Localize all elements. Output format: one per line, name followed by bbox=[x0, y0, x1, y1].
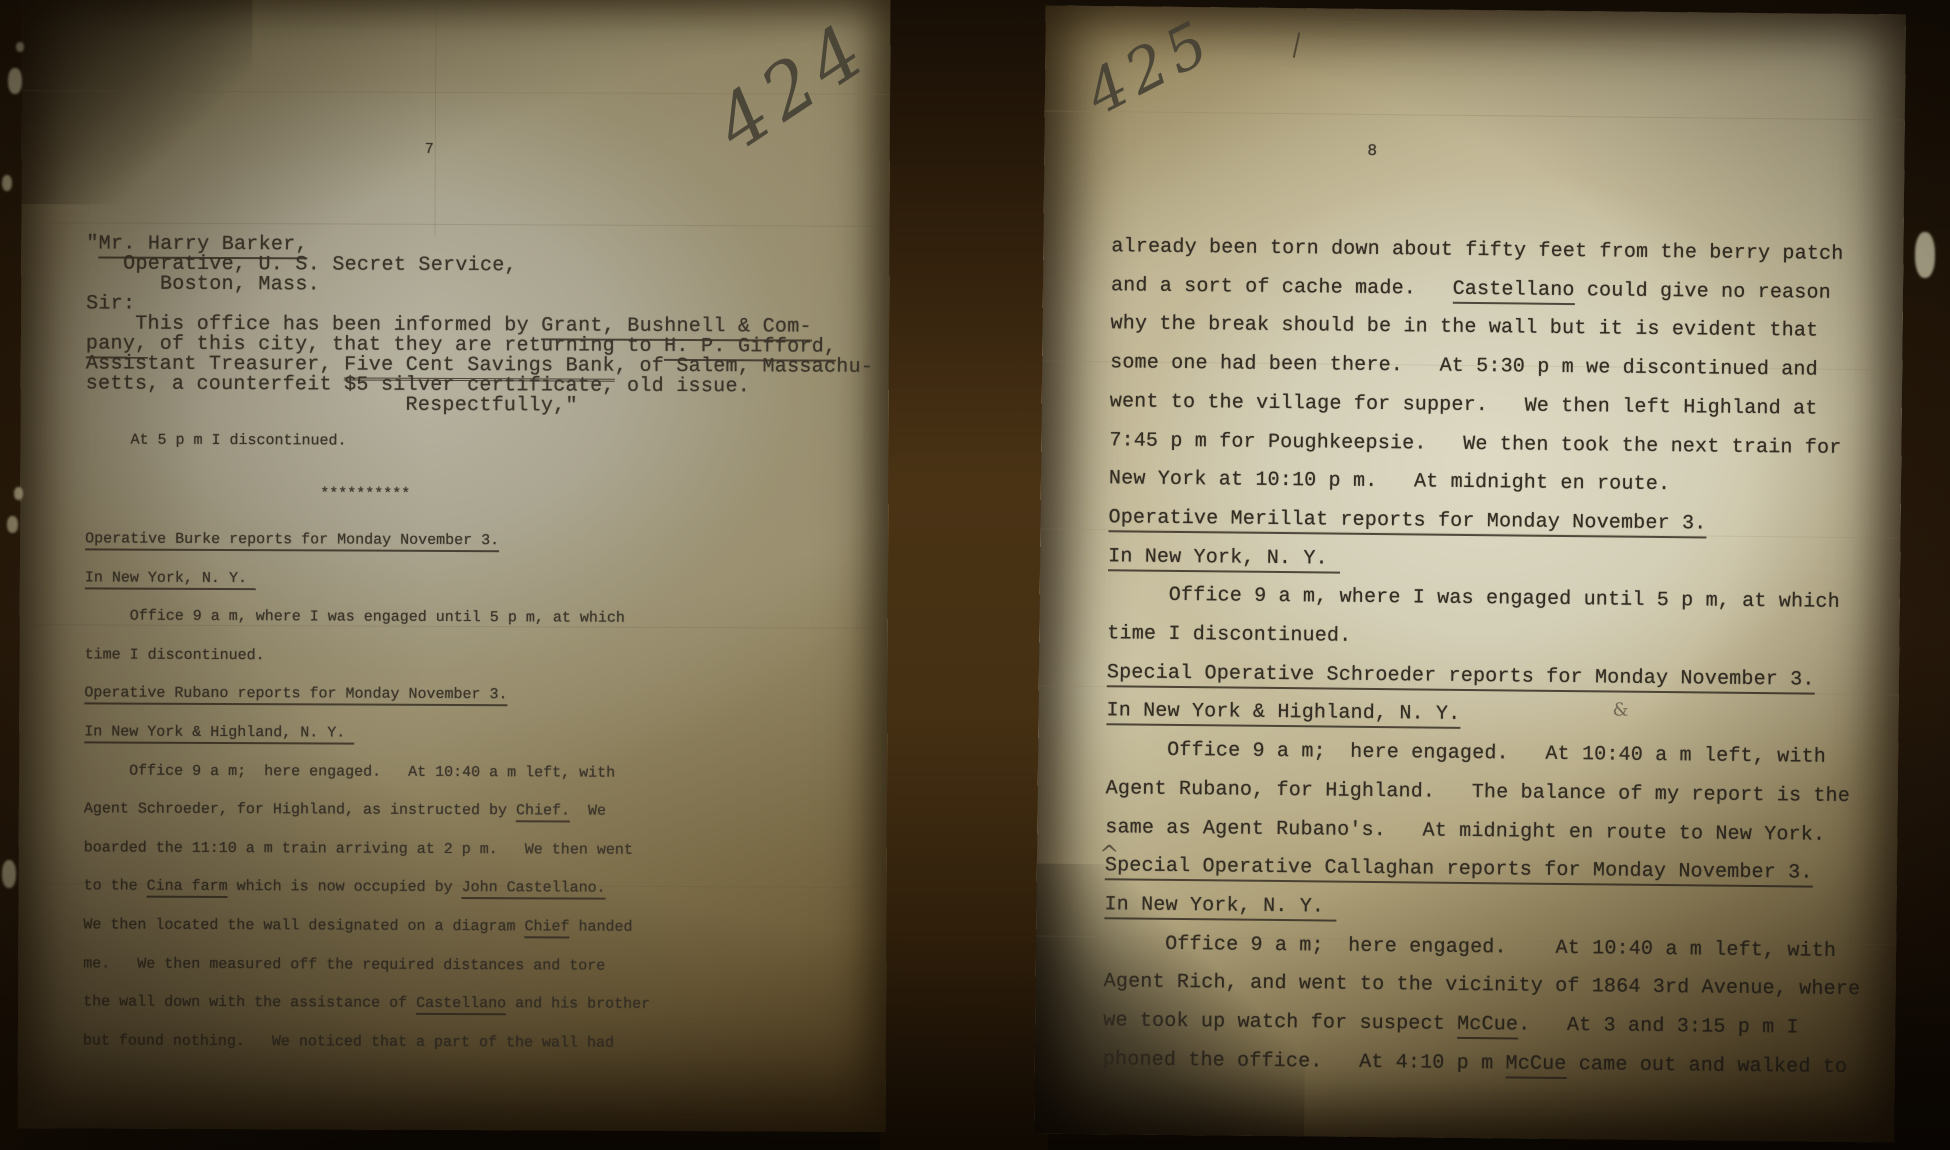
text-run: Office 9 a m, where I was engaged until … bbox=[85, 608, 625, 627]
underlined-text: Operative Rubano reports for Monday Nove… bbox=[84, 685, 507, 707]
text-line: In New York, N. Y. bbox=[85, 559, 652, 600]
crease-line bbox=[21, 222, 889, 227]
text-run: Agent Rubano, for Highland. The balance … bbox=[1106, 777, 1851, 808]
text-run: phoned the office. At 4:10 p m bbox=[1103, 1048, 1506, 1075]
report-text-right: already been torn down about fifty feet … bbox=[1103, 228, 1868, 1087]
text-run: Office 9 a m; here engaged. At 10:40 a m… bbox=[1104, 932, 1836, 963]
typed-page-number: 8 bbox=[1367, 142, 1377, 160]
text-run: which is now occupied by bbox=[228, 878, 462, 896]
handwritten-page-number: 425 bbox=[1075, 6, 1225, 129]
film-speck bbox=[7, 516, 18, 533]
text-run: We then located the wall designated on a… bbox=[83, 916, 524, 935]
letter-excerpt: "Mr. Harry Barker, Operative, U. S. Secr… bbox=[86, 234, 874, 417]
text-run: but found nothing. We noticed that a par… bbox=[83, 1032, 614, 1051]
film-speck bbox=[2, 860, 16, 888]
corner-shadow bbox=[22, 0, 253, 205]
text-run: the wall down with the assistance of bbox=[83, 994, 416, 1012]
text-line: Respectfully," bbox=[86, 394, 873, 417]
text-line: Boston, Mass. bbox=[86, 274, 873, 297]
right-page: 425 8 already been torn down about fifty… bbox=[1034, 6, 1906, 1143]
page-gap bbox=[880, 0, 1048, 1150]
underlined-text: Castellano bbox=[1452, 278, 1574, 305]
underlined-text: In New York, N. Y. bbox=[1104, 893, 1336, 921]
microfilm-background: 424 7 "Mr. Harry Barker, Operative, U. S… bbox=[0, 0, 1950, 1150]
text-run: why the break should be in the wall but … bbox=[1110, 313, 1818, 343]
underlined-text: In New York & Highland, N. Y. bbox=[84, 723, 354, 744]
underlined-text: McCue bbox=[1457, 1013, 1518, 1040]
pen-tick-mark bbox=[1293, 32, 1301, 58]
text-run: We bbox=[570, 803, 606, 820]
underlined-text: In New York, N. Y. bbox=[1108, 545, 1340, 573]
pencil-caret-mark: ^ bbox=[1099, 840, 1119, 868]
typed-page-number: 7 bbox=[425, 141, 434, 158]
underlined-text: Operative Merillat reports for Monday No… bbox=[1108, 506, 1706, 538]
text-line: boarded the 11:10 a m train arriving at … bbox=[84, 829, 651, 870]
underlined-text: In New York & Highland, N. Y. bbox=[1106, 700, 1460, 730]
text-line: Office 9 a m, where I was engaged until … bbox=[85, 598, 652, 639]
text-line: time I discontinued. bbox=[85, 636, 652, 677]
text-run: . At 3 and 3:15 p m I bbox=[1518, 1014, 1799, 1040]
text-line: to the Cina farm which is now occupied b… bbox=[83, 868, 650, 909]
underlined-text: Chief bbox=[524, 918, 569, 938]
text-run: Agent Schroeder, for Highland, as instru… bbox=[84, 801, 516, 820]
film-speck bbox=[16, 42, 24, 52]
asterisk-separator: ********** bbox=[320, 485, 410, 502]
handwritten-page-number: 424 bbox=[700, 5, 885, 168]
text-run: time I discontinued. bbox=[85, 646, 265, 664]
film-speck bbox=[2, 175, 12, 191]
left-page: 424 7 "Mr. Harry Barker, Operative, U. S… bbox=[18, 0, 891, 1132]
film-glare-spot bbox=[1915, 232, 1935, 278]
text-run: came out and walked to bbox=[1566, 1053, 1847, 1079]
underlined-text: Chief. bbox=[516, 802, 570, 822]
text-line: me. We then measured off the required di… bbox=[83, 945, 650, 986]
underlined-text: Special Operative Schroeder reports for … bbox=[1107, 661, 1815, 694]
text-run: same as Agent Rubano's. At midnight en r… bbox=[1105, 816, 1825, 847]
text-line: the wall down with the assistance of Cas… bbox=[83, 984, 650, 1025]
text-run: to the bbox=[84, 878, 147, 895]
text-run: time I discontinued. bbox=[1107, 622, 1351, 648]
film-speck bbox=[8, 68, 22, 94]
text-run: Office 9 a m; here engaged. At 10:40 a m… bbox=[84, 762, 615, 781]
report-text-left: Operative Burke reports for Monday Novem… bbox=[83, 520, 652, 1063]
text-run: and a sort of cache made. bbox=[1111, 274, 1453, 301]
text-line: phoned the office. At 4:10 p m McCue cam… bbox=[1103, 1041, 1860, 1088]
underlined-text: Castellano bbox=[416, 995, 506, 1015]
underlined-text: In New York, N. Y. bbox=[85, 569, 256, 590]
text-run: Office 9 a m; here engaged. At 10:40 a m… bbox=[1106, 738, 1826, 769]
text-line: Office 9 a m; here engaged. At 10:40 a m… bbox=[84, 752, 651, 793]
text-line: but found nothing. We noticed that a par… bbox=[83, 1022, 650, 1063]
crease-line bbox=[1045, 111, 1905, 121]
underlined-text: Cina farm bbox=[147, 878, 228, 898]
film-speck bbox=[14, 487, 23, 500]
text-line: Agent Schroeder, for Highland, as instru… bbox=[84, 791, 651, 832]
text-line: In New York & Highland, N. Y. bbox=[84, 713, 651, 754]
text-run: could give no reason bbox=[1575, 279, 1831, 305]
text-line: Operative Rubano reports for Monday Nove… bbox=[84, 675, 651, 716]
text-run: some one had been there. At 5:30 p m we … bbox=[1110, 351, 1818, 381]
text-run: handed bbox=[569, 918, 632, 935]
text-line: We then located the wall designated on a… bbox=[83, 906, 650, 947]
text-run: me. We then measured off the required di… bbox=[83, 955, 605, 974]
pencil-ampersand-mark: & bbox=[1612, 700, 1628, 721]
underlined-text: Special Operative Callaghan reports for … bbox=[1105, 854, 1813, 887]
underlined-text: John Castellano. bbox=[462, 879, 606, 900]
text-run: At 5 p m I discontinued. bbox=[85, 431, 346, 449]
text-line: Operative Burke reports for Monday Novem… bbox=[85, 520, 652, 561]
text-run: Agent Rich, and went to the vicinity of … bbox=[1104, 971, 1861, 1002]
note-line: At 5 p m I discontinued. bbox=[85, 430, 346, 451]
crease-line bbox=[434, 0, 436, 236]
text-run: already been torn down about fifty feet … bbox=[1111, 235, 1843, 266]
text-run: Office 9 a m, where I was engaged until … bbox=[1108, 584, 1840, 615]
text-run: boarded the 11:10 a m train arriving at … bbox=[84, 839, 633, 858]
text-line: At 5 p m I discontinued. bbox=[85, 430, 346, 451]
text-run: and his brother bbox=[506, 995, 650, 1013]
text-run: we took up watch for suspect bbox=[1103, 1009, 1457, 1036]
text-run: New York at 10:10 p m. At midnight en ro… bbox=[1109, 467, 1671, 496]
text-run: Respectfully," bbox=[86, 392, 578, 417]
underlined-text: McCue bbox=[1505, 1052, 1566, 1079]
text-run: went to the village for supper. We then … bbox=[1110, 390, 1818, 420]
text-run: 7:45 p m for Poughkeepsie. We then took … bbox=[1109, 429, 1841, 460]
underlined-text: Operative Burke reports for Monday Novem… bbox=[85, 530, 499, 552]
